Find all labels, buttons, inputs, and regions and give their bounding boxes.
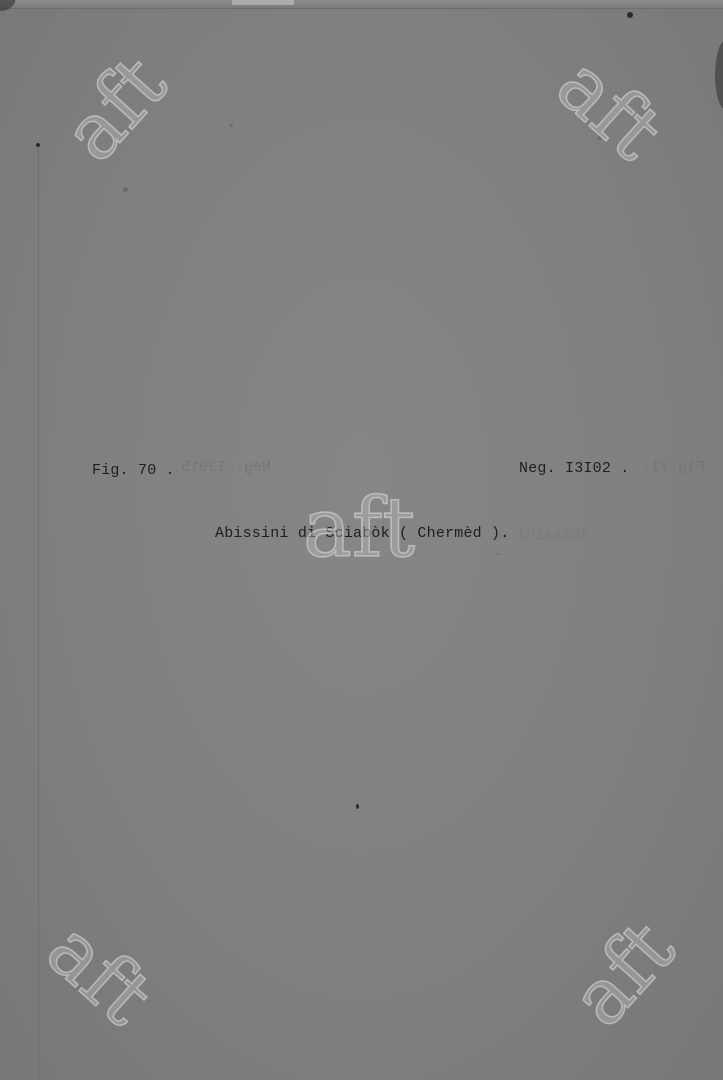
figure-number: Fig. 70 .: [92, 462, 175, 479]
dust-speck: [36, 143, 40, 147]
bleed-through-negative: Neg. I3015.: [172, 459, 271, 476]
scanned-document-page: Neg. I3015. Fig.71. Abissini di Fig. 70 …: [0, 0, 723, 1080]
watermark-top-right: aft: [544, 44, 675, 173]
dust-speck: [230, 124, 233, 127]
negative-number: Neg. I3I02 .: [519, 460, 629, 477]
watermark-bottom-left: aft: [34, 909, 165, 1038]
dust-speck: [123, 187, 128, 192]
dust-speck: [497, 553, 499, 555]
watermark-bottom-right: aft: [559, 908, 688, 1039]
paper-scrap: [232, 0, 294, 5]
punch-hole-shadow: [715, 40, 723, 110]
bleed-through-figure: Fig.71.: [642, 459, 705, 476]
margin-rule-line: [38, 144, 39, 1080]
watermark-center: aft: [303, 488, 415, 570]
dust-speck: [627, 12, 633, 18]
top-edge-strip: [0, 0, 723, 9]
dust-speck: [356, 804, 359, 809]
watermark-top-left: aft: [51, 43, 180, 174]
